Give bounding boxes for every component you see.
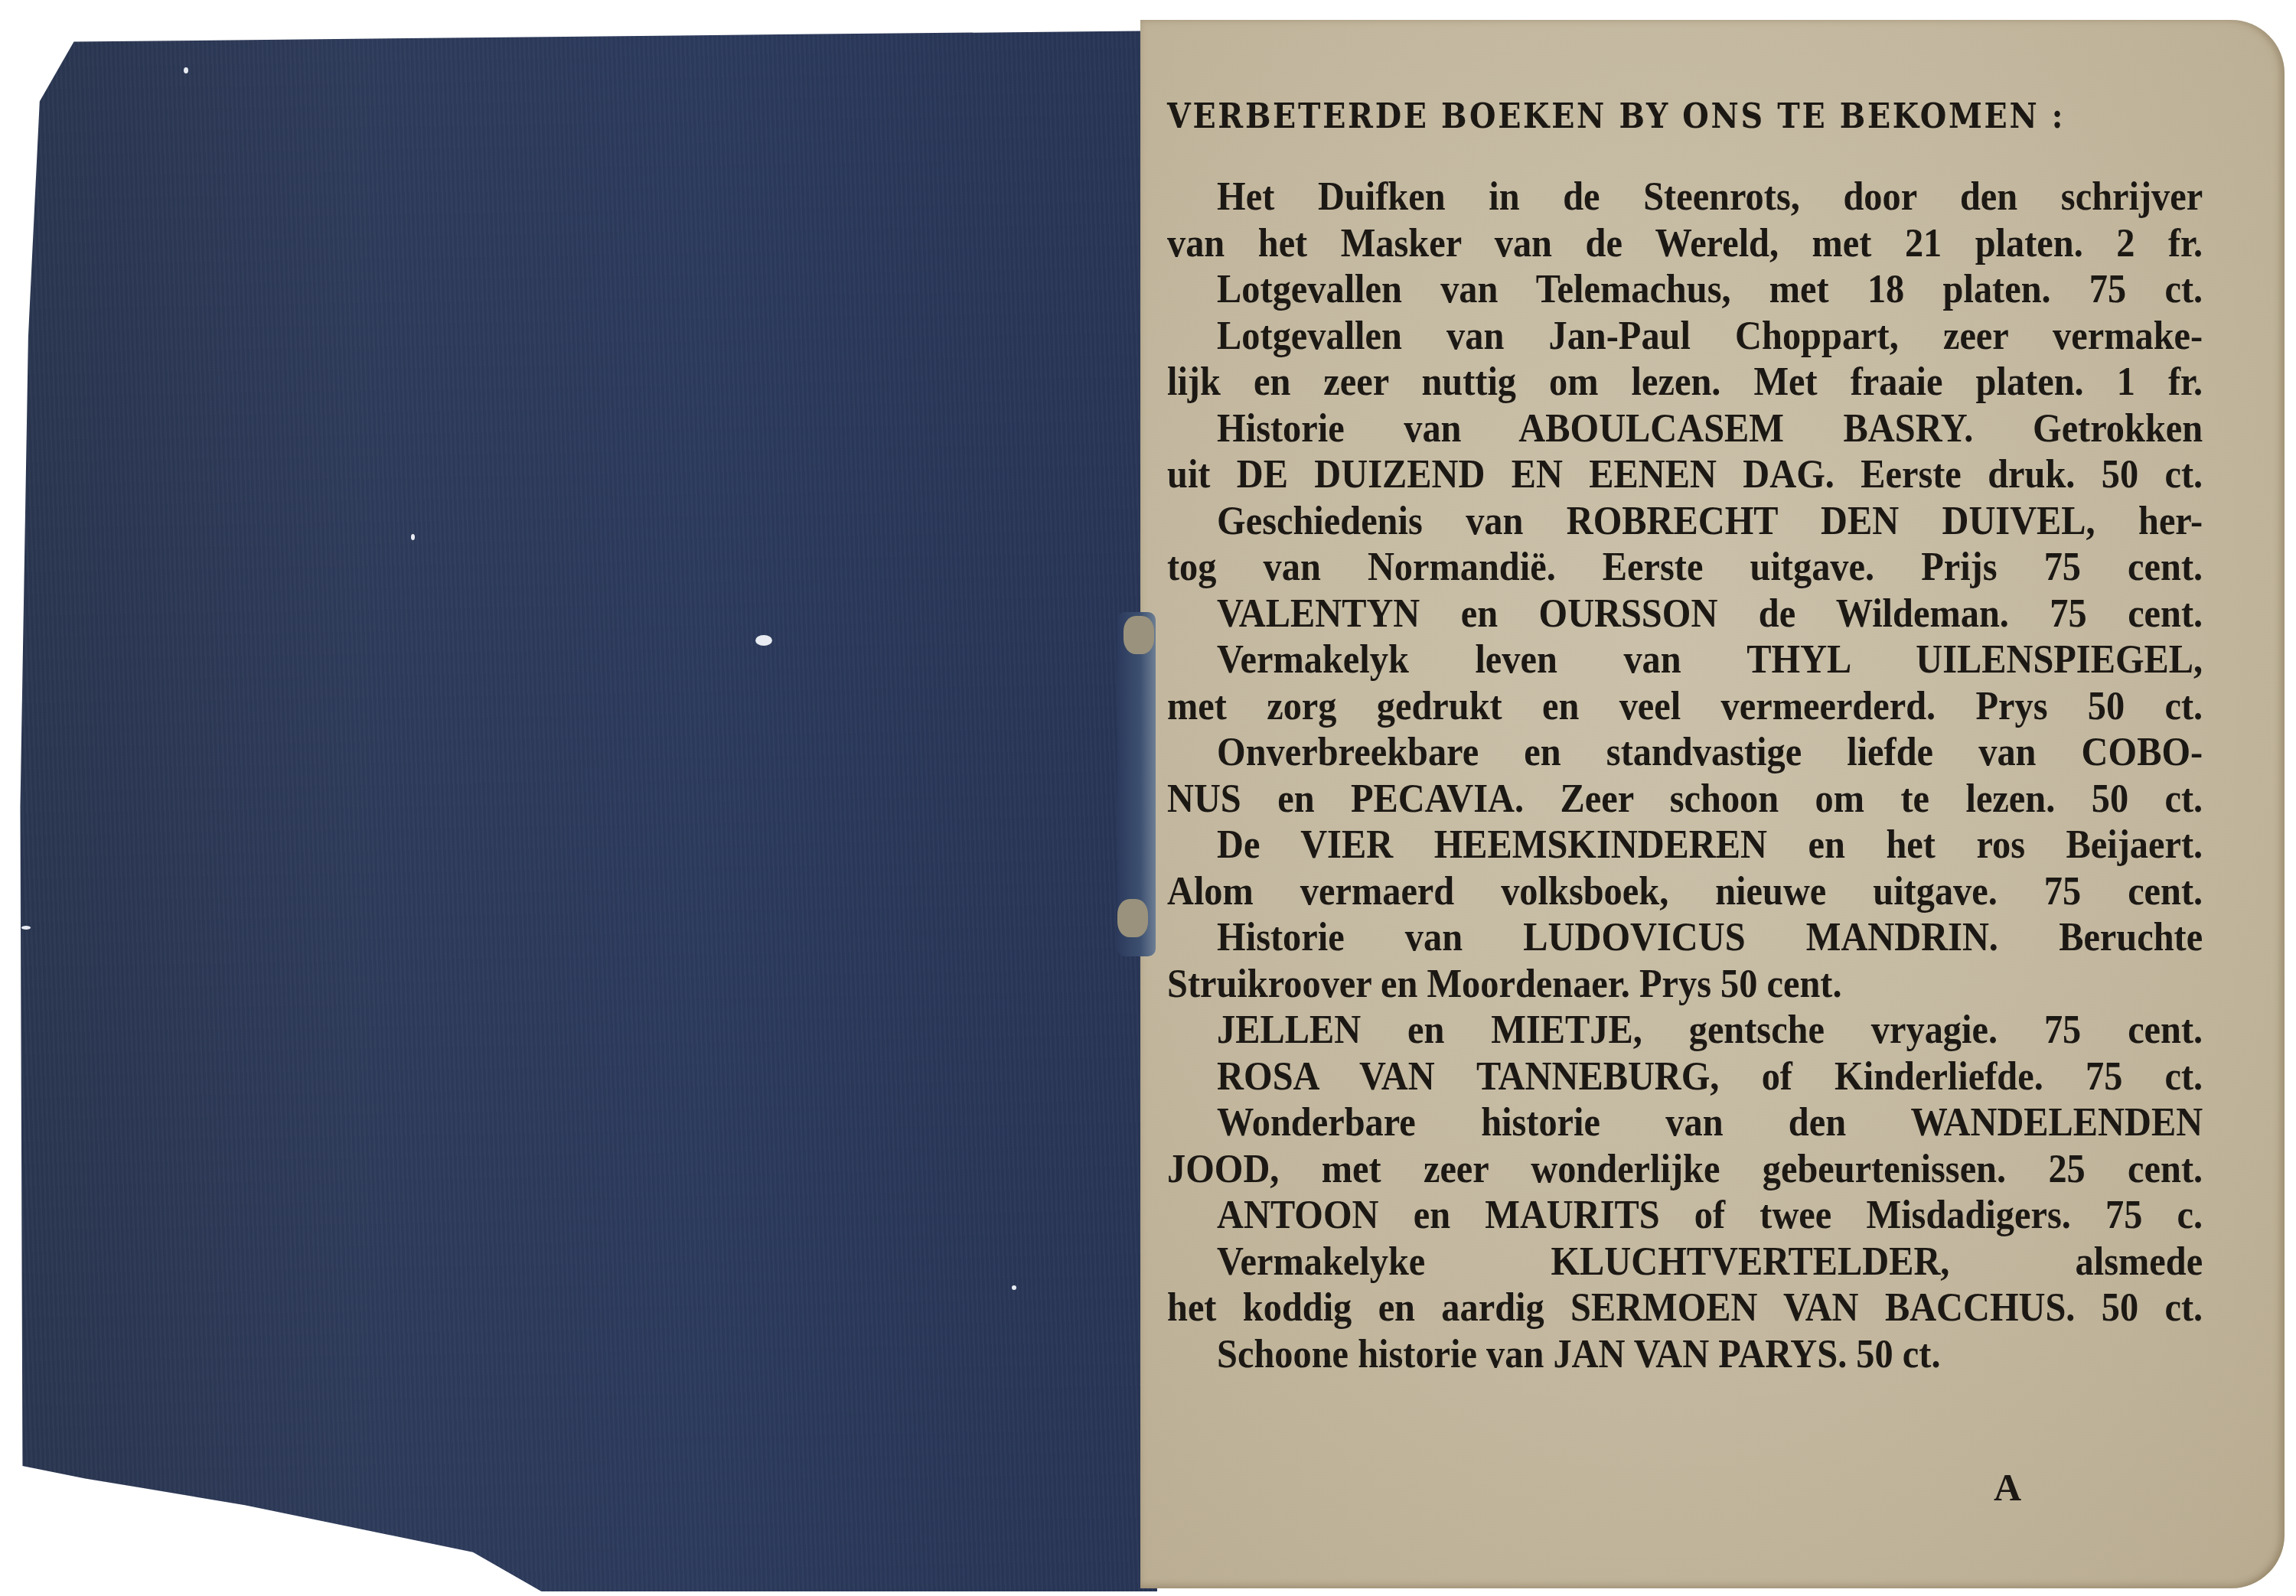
book-list-line: het koddig en aardig SERMOEN VAN BACCHUS… [1167,1285,2203,1332]
book-list-line: Onverbreekbare en standvastige liefde va… [1167,730,2203,777]
book-list-line: ANTOON en MAURITS of twee Misdadigers. 7… [1167,1193,2203,1239]
book-list-line: van het Masker van de Wereld, met 21 pla… [1167,221,2203,268]
book-list-line: ROSA VAN TANNEBURG, of Kinderliefde. 75 … [1167,1054,2203,1101]
book-list-line: Vermakelyke KLUCHTVERTELDER, alsmede [1167,1239,2203,1286]
cover-fleck [411,534,415,540]
catalogue-text: VERBETERDE BOEKEN BY ONS TE BEKOMEN : He… [1167,90,2208,1378]
book-list-line: NUS en PECAVIA. Zeer schoon om te lezen.… [1167,777,2203,823]
book-list-line: Alom vermaerd volksboek, nieuwe uitgave.… [1167,869,2203,916]
book-list-line: tog van Normandië. Eerste uitgave. Prijs… [1167,545,2203,591]
cover-fleck [184,67,188,73]
book-list-line: Wonderbare historie van den WANDELENDEN [1167,1100,2203,1147]
blue-book-cover [17,23,1157,1591]
book-list-line: Lotgevallen van Jan-Paul Choppart, zeer … [1167,314,2203,360]
book-list-line: VALENTYN en OURSSON de Wildeman. 75 cent… [1167,591,2203,638]
book-list-line: Geschiedenis van ROBRECHT DEN DUIVEL, he… [1167,499,2203,546]
book-list-line: Historie van LUDOVICUS MANDRIN. Beruchte [1167,915,2203,962]
cover-fleck [21,926,31,930]
book-list-line: Vermakelyk leven van THYL UILENSPIEGEL, [1167,637,2203,684]
book-list-line: Het Duifken in de Steenrots, door den sc… [1167,174,2203,221]
book-list-line: JOOD, met zeer wonderlijke gebeurtenisse… [1167,1147,2203,1194]
binding-knot [1117,899,1148,937]
book-list-line: Historie van ABOULCASEM BASRY. Getrokken [1167,406,2203,453]
cover-fleck [1012,1285,1016,1290]
book-list-line: Schoone historie van JAN VAN PARYS. 50 c… [1167,1332,2203,1379]
book-list-line: Struikroover en Moordenaer. Prys 50 cent… [1167,962,2203,1008]
page-heading: VERBETERDE BOEKEN BY ONS TE BEKOMEN : [1167,90,2104,144]
book-list-line: De VIER HEEMSKINDEREN en het ros Beijaer… [1167,822,2203,869]
book-list-line: JELLEN en MIETJE, gentsche vryagie. 75 c… [1167,1008,2203,1054]
signature-mark: A [1994,1465,2021,1510]
cover-texture [17,23,1157,1591]
book-list: Het Duifken in de Steenrots, door den sc… [1167,174,2208,1378]
book-list-line: met zorg gedrukt en veel vermeerderd. Pr… [1167,684,2203,731]
book-list-line: lijk en zeer nuttig om lezen. Met fraaie… [1167,360,2203,406]
cover-fleck [755,635,772,646]
binding-knot [1124,616,1154,654]
book-list-line: Lotgevallen van Telemachus, met 18 plate… [1167,267,2203,314]
book-list-line: uit DE DUIZEND EN EENEN DAG. Eerste druk… [1167,452,2203,499]
